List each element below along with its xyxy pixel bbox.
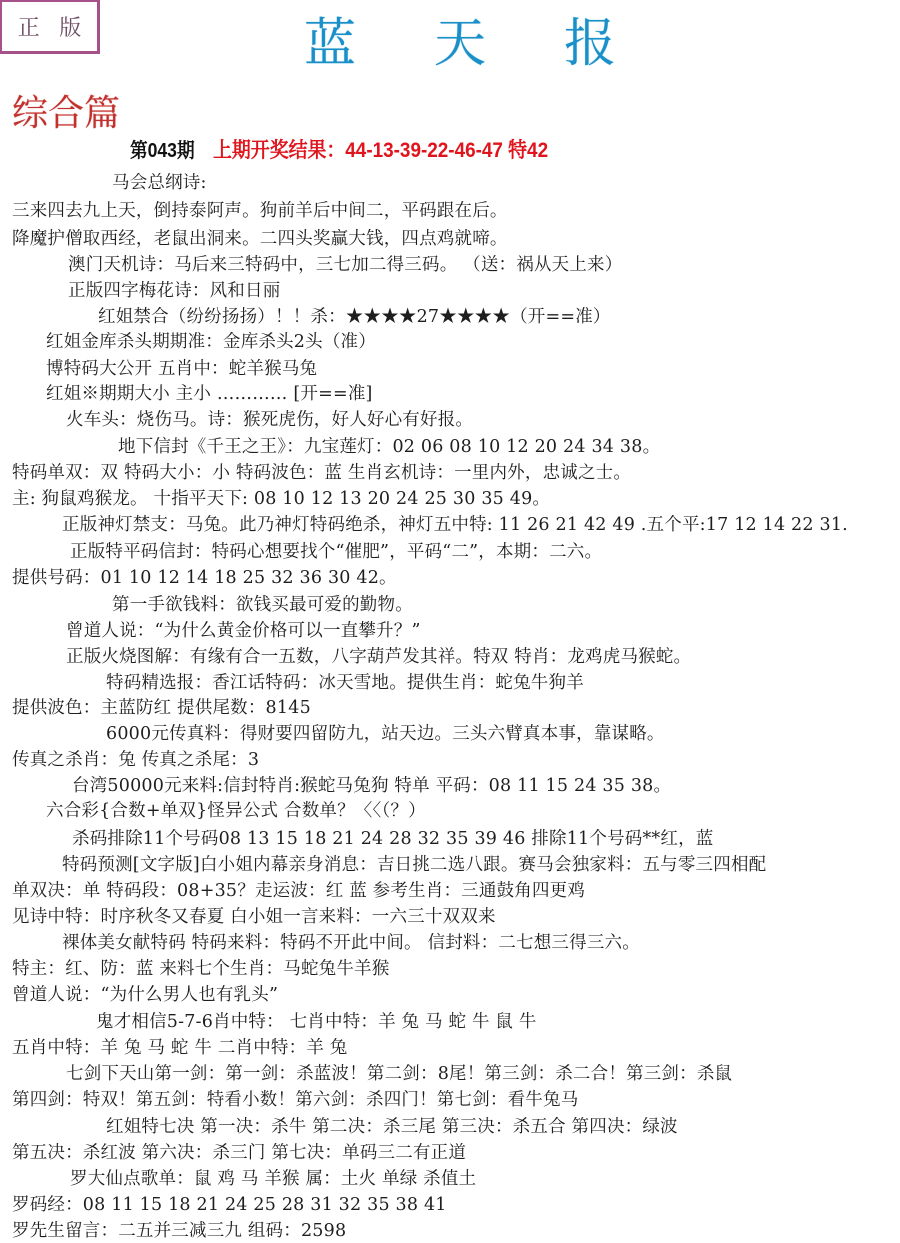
title-char-3: 报 (550, 18, 630, 70)
text-line: 提供号码：01 10 12 14 18 25 32 36 30 42。 (12, 567, 397, 589)
text-line: 第五决：杀红波 第六决：杀三门 第七决：单码三二有正道 (12, 1142, 466, 1164)
text-line: 特码预测[文字版]白小姐内幕亲身消息：吉日挑二选八跟。赛马会独家料：五与零三四相… (62, 854, 766, 876)
text-line: 特码单双：双 特码大小：小 特码波色：蓝 生肖玄机诗：一里内外，忠诚之士。 (12, 462, 631, 484)
text-line: 第一手欲钱料：欲钱买最可爱的勤物。 (112, 594, 413, 616)
text-line: 三来四去九上天，倒持泰阿声。狗前羊后中间二，平码跟在后。 (12, 200, 508, 222)
text-line: 曾道人说：“为什么黄金价格可以一直攀升？” (66, 620, 421, 642)
newspaper-title: 蓝 天 报 (290, 18, 630, 70)
last-draw-label: 上期开奖结果： (213, 140, 345, 161)
text-line: 正版特平码信封：特码心想要找个“催肥”，平码“二”，本期：二六。 (70, 541, 602, 563)
text-line: 地下信封《千王之王》：九宝莲灯：02 06 08 10 12 20 24 34 … (118, 436, 660, 458)
text-line: 第四剑：特双！第五剑：特看小数！第六剑：杀四门！第七剑：看牛兔马 (12, 1089, 578, 1111)
text-line: 五肖中特：羊 兔 马 蛇 牛 二肖中特：羊 兔 (12, 1037, 347, 1059)
text-line: 见诗中特：时序秋冬又春夏 白小姐一言来料：一六三十双双来 (12, 906, 496, 928)
text-line: 马会总纲诗: (112, 172, 207, 194)
text-line: 博特码大公开 五肖中：蛇羊猴马兔 (46, 358, 317, 380)
text-line: 降魔护僧取西经，老鼠出洞来。二四头奖赢大钱，四点鸡就啼。 (12, 228, 508, 250)
text-line: 正版火烧图解：有缘有合一五数，八字葫芦发其祥。特双 特肖：龙鸡虎马猴蛇。 (66, 646, 691, 668)
text-line: 裸体美女献特码 特码来料：特码不开此中间。 信封料：二七想三得三六。 (62, 932, 640, 954)
badge-char-right: 版 (59, 11, 81, 42)
text-line: 红姐禁合（纷纷扬扬）！！杀：★★★★27★★★★（开==准） (98, 306, 611, 328)
text-line: 台湾50000元来料:信封特肖:猴蛇马兔狗 特单 平码：08 11 15 24 … (72, 775, 671, 797)
text-line: 传真之杀肖：兔 传真之杀尾：3 (12, 749, 259, 771)
title-char-2: 天 (420, 18, 500, 70)
text-line: 曾道人说：“为什么男人也有乳头” (12, 984, 278, 1006)
text-line: 鬼才相信5-7-6肖中特： 七肖中特：羊 兔 马 蛇 牛 鼠 牛 (96, 1011, 537, 1033)
text-line: 红姐※期期大小 主小 ………… [开==准] (46, 383, 373, 405)
text-line: 正版神灯禁支：马兔。此乃神灯特码绝杀，神灯五中特: 11 26 21 42 49… (62, 514, 848, 536)
badge-char-left: 正 (18, 11, 40, 42)
text-line: 特主：红、防：蓝 来料七个生肖：马蛇兔牛羊猴 (12, 958, 389, 980)
text-line: 主: 狗鼠鸡猴龙。 十指平天下: 08 10 12 13 20 24 25 30… (12, 488, 550, 510)
text-line: 正版四字梅花诗：风和日丽 (68, 280, 280, 302)
text-line: 罗先生留言：二五并三减三九 组码：2598 (12, 1220, 346, 1242)
text-line: 6000元传真料：得财要四留防九，站天边。三头六臂真本事，靠谋略。 (106, 723, 665, 745)
authentic-edition-badge: 正 版 (0, 0, 100, 54)
text-line: 罗码经：08 11 15 18 21 24 25 28 31 32 35 38 … (12, 1194, 447, 1216)
text-line: 澳门天机诗：马后来三特码中，三七加二得三码。 （送：祸从天上来） (68, 254, 622, 276)
text-line: 火车头：烧伤马。诗：猴死虎伤，好人好心有好报。 (66, 409, 473, 431)
text-line: 特码精选报：香江话特码：冰天雪地。提供生肖：蛇兔牛狗羊 (106, 672, 584, 694)
text-line: 提供波色：主蓝防红 提供尾数：8145 (12, 697, 311, 719)
section-title: 综合篇 (12, 96, 120, 132)
text-line: 七剑下天山第一剑：第一剑：杀蓝波！第二剑：8尾！第三剑：杀二合！第三剑：杀鼠 (66, 1063, 732, 1085)
issue-number: 第043期 (130, 141, 195, 161)
last-draw-numbers: 44-13-39-22-46-47 特42 (346, 140, 549, 161)
text-line: 单双决：单 特码段：08+35？走运波：红 蓝 参考生肖：三通鼓角四更鸡 (12, 880, 585, 902)
text-line: 六合彩{合数+单双}怪异公式 合数单？〈〈（？） (46, 800, 426, 822)
text-line: 红姐金库杀头期期准：金库杀头2头（准） (46, 331, 376, 353)
text-line: 罗大仙点歌单：鼠 鸡 马 羊猴 属：土火 单绿 杀值土 (70, 1168, 476, 1190)
text-line: 杀码排除11个号码08 13 15 18 21 24 28 32 35 39 4… (72, 828, 713, 850)
issue-header: 第043期 上期开奖结果： 44-13-39-22-46-47 特42 (130, 140, 586, 161)
text-line: 红姐特七决 第一决：杀牛 第二决：杀三尾 第三决：杀五合 第四决：绿波 (106, 1116, 678, 1138)
title-char-1: 蓝 (290, 18, 370, 70)
last-draw-result: 上期开奖结果： 44-13-39-22-46-47 特42 (213, 140, 548, 161)
